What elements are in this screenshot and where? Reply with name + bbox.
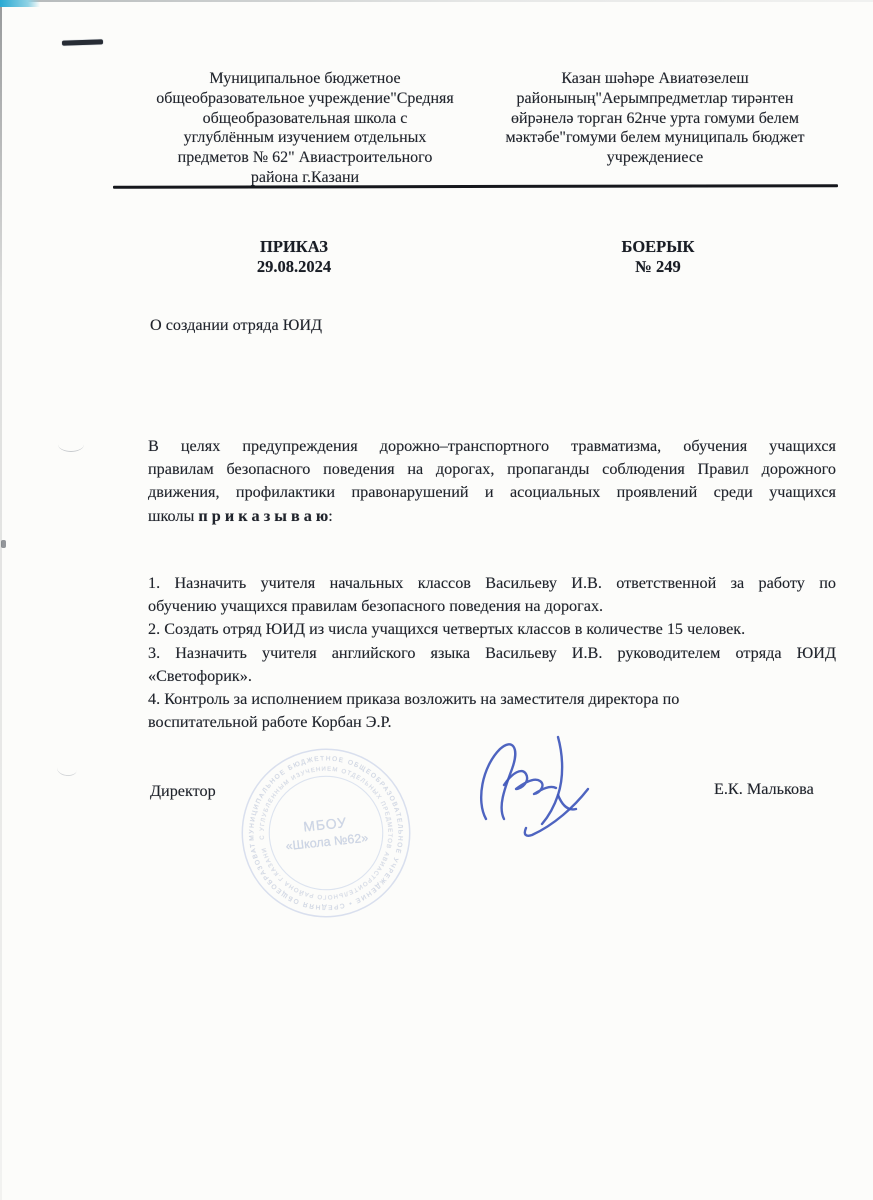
order-date: 29.08.2024 bbox=[229, 257, 359, 277]
preamble-paragraph: В целях предупреждения дорожно–транспорт… bbox=[148, 435, 836, 528]
preamble-line: правилам безопасного поведения на дорога… bbox=[148, 458, 836, 481]
preamble-text: школы bbox=[148, 507, 198, 525]
list-item-3-line: 3. Назначить учителя английского языка В… bbox=[148, 642, 836, 665]
order-label-ru: ПРИКАЗ bbox=[229, 237, 359, 257]
order-title-tatar: БОЕРЫК № 249 bbox=[593, 237, 723, 276]
signature-name: Е.К. Малькова bbox=[714, 780, 814, 799]
header-institution-russian: Муниципальное бюджетное общеобразователь… bbox=[140, 69, 470, 188]
scan-speck bbox=[1, 540, 6, 548]
school-round-stamp: МУНИЦИПАЛЬНОЕ БЮДЖЕТНОЕ ОБЩЕОБРАЗОВАТЕЛЬ… bbox=[224, 731, 428, 935]
order-subject: О создании отряда ЮИД bbox=[150, 316, 322, 335]
director-signature bbox=[468, 727, 600, 845]
list-item-2-line: 2. Создать отряд ЮИД из числа учащихся ч… bbox=[148, 618, 836, 641]
list-item-1-line: 1. Назначить учителя начальных классов В… bbox=[148, 572, 836, 595]
stamp-center-text: «Школа №62» bbox=[285, 831, 369, 854]
directive-colon: : bbox=[328, 507, 333, 525]
scan-left-edge-artifact bbox=[0, 0, 2, 1200]
stamp-center-text: МБОУ bbox=[303, 814, 348, 834]
list-item-3-line: «Светофорик». bbox=[148, 665, 836, 688]
scan-top-edge-artifact bbox=[0, 0, 873, 2]
preamble-last-line: школы п р и к а з ы в а ю: bbox=[148, 505, 836, 528]
preamble-line: движения, профилактики правонарушений и … bbox=[148, 481, 836, 504]
header-divider-line bbox=[113, 184, 838, 189]
faint-arc-mark bbox=[56, 761, 78, 778]
signature-position-label: Директор bbox=[150, 782, 216, 801]
order-title-russian: ПРИКАЗ 29.08.2024 bbox=[229, 237, 359, 276]
order-label-tt: БОЕРЫК bbox=[593, 237, 723, 257]
header-institution-tatar: Казан шәһәре Авиатөзелеш районының"Аерым… bbox=[470, 69, 840, 168]
list-item-4-line: 4. Контроль за исполнением приказа возло… bbox=[148, 688, 836, 711]
list-item-1-line: обучению учащихся правилам безопасного п… bbox=[148, 595, 836, 618]
scan-artifact-corner bbox=[0, 0, 40, 7]
directive-word: п р и к а з ы в а ю bbox=[198, 507, 328, 525]
preamble-line: В целях предупреждения дорожно–транспорт… bbox=[148, 435, 836, 458]
order-items-list: 1. Назначить учителя начальных классов В… bbox=[148, 572, 836, 734]
order-number: № 249 bbox=[593, 257, 723, 277]
scanned-order-document: Муниципальное бюджетное общеобразователь… bbox=[0, 0, 873, 1200]
faint-arc-mark bbox=[58, 437, 84, 452]
pen-mark bbox=[62, 39, 103, 45]
